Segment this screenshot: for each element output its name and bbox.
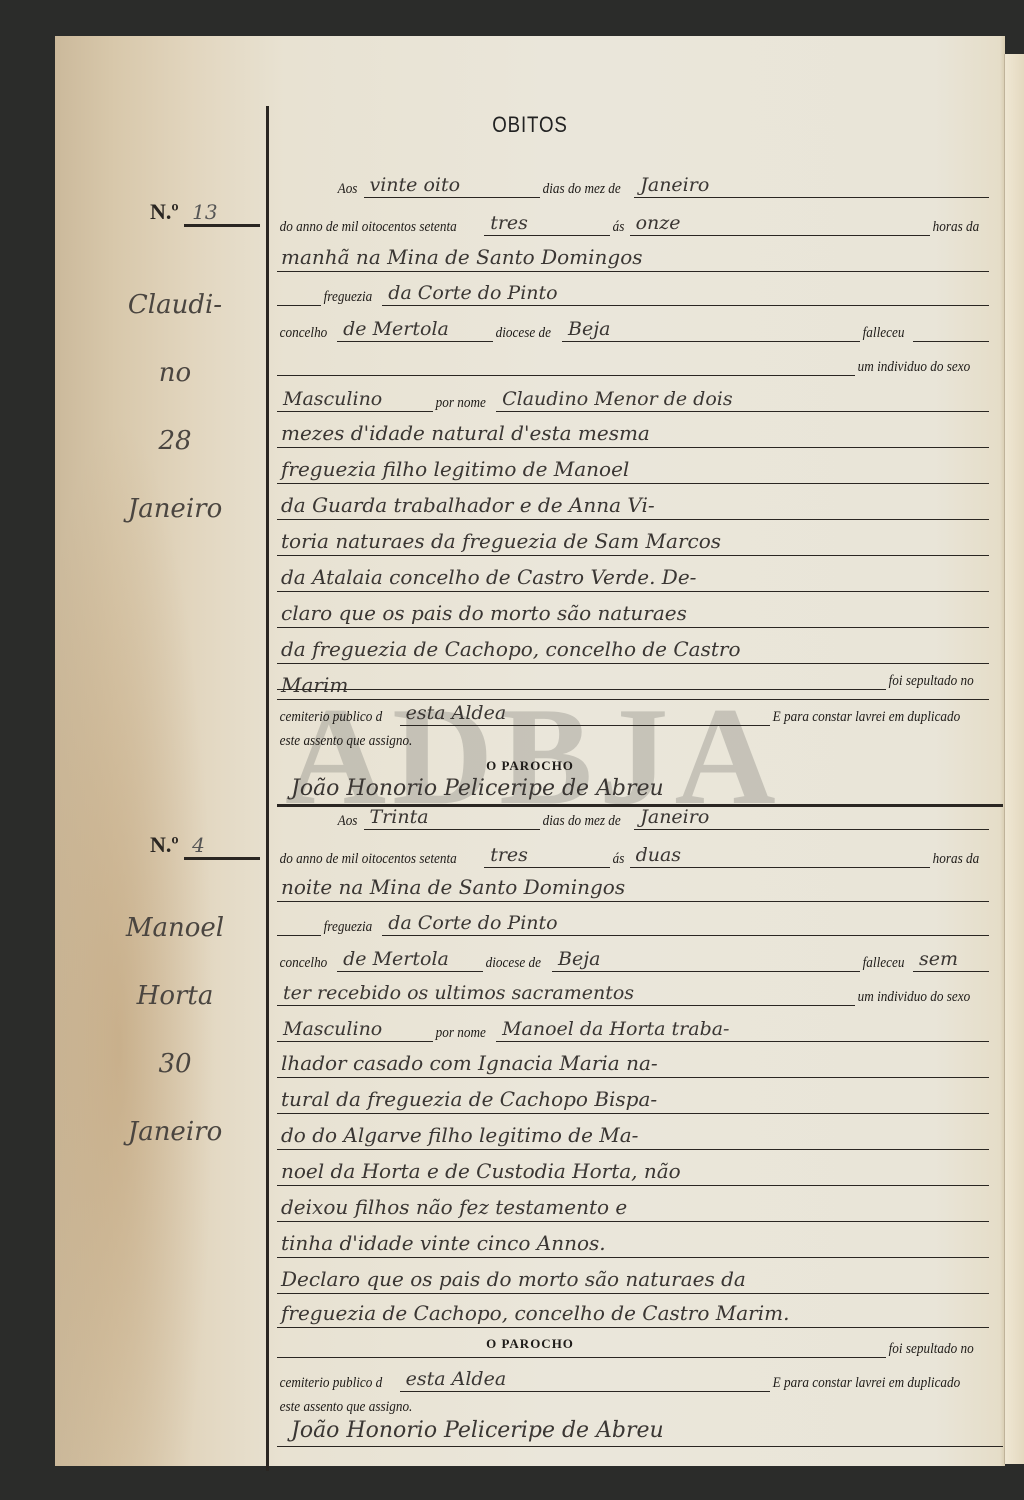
parocho-signature: João Honorio Peliceripe de Abreu xyxy=(277,1416,1003,1447)
parocho-label: O PAROCHO xyxy=(55,1336,1005,1352)
narrative-line: noel da Horta e de Custodia Horta, não xyxy=(277,1156,989,1186)
narrative-text: freguezia filho legitimo de Manoel xyxy=(277,455,989,484)
narrative-line: tinha d'idade vinte cinco Annos. xyxy=(277,1228,989,1258)
label-horas: horas da xyxy=(930,850,982,868)
field-freguezia: da Corte do Pinto xyxy=(382,911,989,936)
field-diocese: Beja xyxy=(552,947,859,972)
field-anno: tres xyxy=(484,211,610,236)
label-as: ás xyxy=(610,218,627,236)
narrative-line: da Guarda trabalhador e de Anna Vi- xyxy=(277,490,989,520)
label-por-nome: por nome xyxy=(433,394,489,412)
field-concelho: de Mertola xyxy=(337,317,493,342)
field-freguezia: da Corte do Pinto xyxy=(382,281,989,306)
label-horas: horas da xyxy=(930,218,982,236)
margin-note-line: Janeiro xyxy=(95,1098,255,1166)
margin-rule xyxy=(266,106,269,1471)
narrative-text: noel da Horta e de Custodia Horta, não xyxy=(277,1157,989,1186)
narrative-text: tural da freguezia de Cachopo Bispa- xyxy=(277,1085,989,1114)
field-sexo: Masculino xyxy=(277,387,433,412)
narrative-line: tural da freguezia de Cachopo Bispa- xyxy=(277,1084,989,1114)
narrative-line: toria naturaes da freguezia de Sam Marco… xyxy=(277,526,989,556)
record-line-sexo: um individuo do sexo xyxy=(277,346,989,376)
record-line-concelho: concelho de Mertola diocese de Beja fall… xyxy=(277,942,989,972)
narrative-line: freguezia filho legitimo de Manoel xyxy=(277,454,989,484)
record-line-freguezia: freguezia da Corte do Pinto xyxy=(277,906,989,936)
narrative-line: da Atalaia concelho de Castro Verde. De- xyxy=(277,562,989,592)
narrative-text: da Guarda trabalhador e de Anna Vi- xyxy=(277,491,989,520)
record-line-sepultado: foi sepultado no xyxy=(277,660,989,690)
label-aos: Aos xyxy=(335,180,360,198)
label-dias: dias do mez de xyxy=(540,180,623,198)
field-hora: duas xyxy=(630,843,931,868)
record-line-place: manhã na Mina de Santo Domingos xyxy=(277,242,989,272)
record-line-date: Aos Trinta dias do mez de Janeiro xyxy=(277,800,989,830)
field-dia: Trinta xyxy=(364,805,540,830)
label-falleceu: falleceu xyxy=(860,324,907,342)
record-line-sexo: ter recebido os ultimos sacramentos um i… xyxy=(277,976,989,1006)
narrative-line: claro que os pais do morto são naturaes xyxy=(277,598,989,628)
parocho-label: O PAROCHO xyxy=(55,758,1005,774)
label-por-nome: por nome xyxy=(433,1024,489,1042)
field-nome: Claudino Menor de dois xyxy=(496,387,989,412)
margin-note-line: Manoel xyxy=(95,894,255,962)
label-anno: do anno de mil oitocentos setenta xyxy=(277,218,459,236)
narrative-text: tinha d'idade vinte cinco Annos. xyxy=(277,1229,989,1258)
narrative-text: do do Algarve filho legitimo de Ma- xyxy=(277,1121,989,1150)
narrative-line: lhador casado com Ignacia Maria na- xyxy=(277,1048,989,1078)
narrative-text: mezes d'idade natural d'esta mesma xyxy=(277,419,989,448)
field-falleceu-cont: ter recebido os ultimos sacramentos xyxy=(277,981,855,1006)
field-mez: Janeiro xyxy=(634,805,989,830)
record-line-assento: este assento que assigno. xyxy=(277,720,989,750)
entry-number: N.º 13 xyxy=(150,199,260,227)
label-falleceu: falleceu xyxy=(860,954,907,972)
label-assento: este assento que assigno. xyxy=(277,1398,415,1416)
narrative-text: claro que os pais do morto são naturaes xyxy=(277,599,989,628)
entry-number-label: N.º xyxy=(150,199,179,224)
label-sepultado: foi sepultado no xyxy=(886,672,976,690)
label-freguezia: freguezia xyxy=(321,918,375,936)
label-concelho: concelho xyxy=(277,954,330,972)
entry-number: N.º 4 xyxy=(150,832,260,860)
label-diocese: diocese de xyxy=(493,324,554,342)
narrative-line: mezes d'idade natural d'esta mesma xyxy=(277,418,989,448)
record-line-year: do anno de mil oitocentos setenta tres á… xyxy=(277,206,989,236)
next-page-edge xyxy=(1004,54,1024,1464)
entry-number-label: N.º xyxy=(150,832,179,857)
record-line-freguezia: freguezia da Corte do Pinto xyxy=(277,276,989,306)
label-diocese: diocese de xyxy=(483,954,544,972)
record-line-concelho: concelho de Mertola diocese de Beja fall… xyxy=(277,312,989,342)
narrative-line: do do Algarve filho legitimo de Ma- xyxy=(277,1120,989,1150)
field-falleceu: sem xyxy=(913,947,989,972)
narrative-line: freguezia de Cachopo, concelho de Castro… xyxy=(277,1298,989,1328)
margin-note-line: Horta xyxy=(95,962,255,1030)
margin-note-line: 30 xyxy=(95,1030,255,1098)
narrative-line: Declaro que os pais do morto são naturae… xyxy=(277,1264,989,1294)
field-sexo: Masculino xyxy=(277,1017,433,1042)
record-line-assento: este assento que assigno. xyxy=(277,1386,989,1416)
label-dias: dias do mez de xyxy=(540,812,623,830)
field-local: manhã na Mina de Santo Domingos xyxy=(277,243,989,272)
label-assento: este assento que assigno. xyxy=(277,732,415,750)
narrative-line: deixou filhos não fez testamento e xyxy=(277,1192,989,1222)
field-mez: Janeiro xyxy=(634,173,989,198)
label-individuo: um individuo do sexo xyxy=(855,988,973,1006)
narrative-text: Declaro que os pais do morto são naturae… xyxy=(277,1265,989,1294)
narrative-text: toria naturaes da freguezia de Sam Marco… xyxy=(277,527,989,556)
margin-note-line: Claudi- xyxy=(95,271,255,339)
entry-number-value: 13 xyxy=(184,200,260,227)
record-line-date: Aos vinte oito dias do mez de Janeiro xyxy=(277,168,989,198)
label-freguezia: freguezia xyxy=(321,288,375,306)
narrative-text: lhador casado com Ignacia Maria na- xyxy=(277,1049,989,1078)
margin-note-line: Janeiro xyxy=(95,475,255,543)
page-title: OBITOS xyxy=(126,112,934,138)
field-local: noite na Mina de Santo Domingos xyxy=(277,873,989,902)
label-concelho: concelho xyxy=(277,324,330,342)
register-page: ADBJA OBITOS N.º 13 Claudi- no 28 Janeir… xyxy=(55,36,1005,1466)
entry-number-value: 4 xyxy=(184,833,260,860)
margin-note: Claudi- no 28 Janeiro xyxy=(95,271,255,543)
margin-note-line: no xyxy=(95,339,255,407)
field-anno: tres xyxy=(484,843,610,868)
label-individuo: um individuo do sexo xyxy=(855,358,973,376)
field-concelho: de Mertola xyxy=(337,947,483,972)
record-line-place: noite na Mina de Santo Domingos xyxy=(277,872,989,902)
field-hora: onze xyxy=(630,211,931,236)
label-aos: Aos xyxy=(335,812,360,830)
margin-note-line: 28 xyxy=(95,407,255,475)
field-diocese: Beja xyxy=(562,317,859,342)
narrative-text: da Atalaia concelho de Castro Verde. De- xyxy=(277,563,989,592)
narrative-text: deixou filhos não fez testamento e xyxy=(277,1193,989,1222)
field-falleceu xyxy=(913,317,989,342)
field-dia: vinte oito xyxy=(364,173,540,198)
field-nome: Manoel da Horta traba- xyxy=(496,1017,989,1042)
label-anno: do anno de mil oitocentos setenta xyxy=(277,850,459,868)
record-line-nome: Masculino por nome Claudino Menor de doi… xyxy=(277,382,989,412)
margin-note: Manoel Horta 30 Janeiro xyxy=(95,894,255,1166)
record-line-year: do anno de mil oitocentos setenta tres á… xyxy=(277,838,989,868)
record-line-nome: Masculino por nome Manoel da Horta traba… xyxy=(277,1012,989,1042)
label-as: ás xyxy=(610,850,627,868)
narrative-text: freguezia de Cachopo, concelho de Castro… xyxy=(277,1299,989,1328)
